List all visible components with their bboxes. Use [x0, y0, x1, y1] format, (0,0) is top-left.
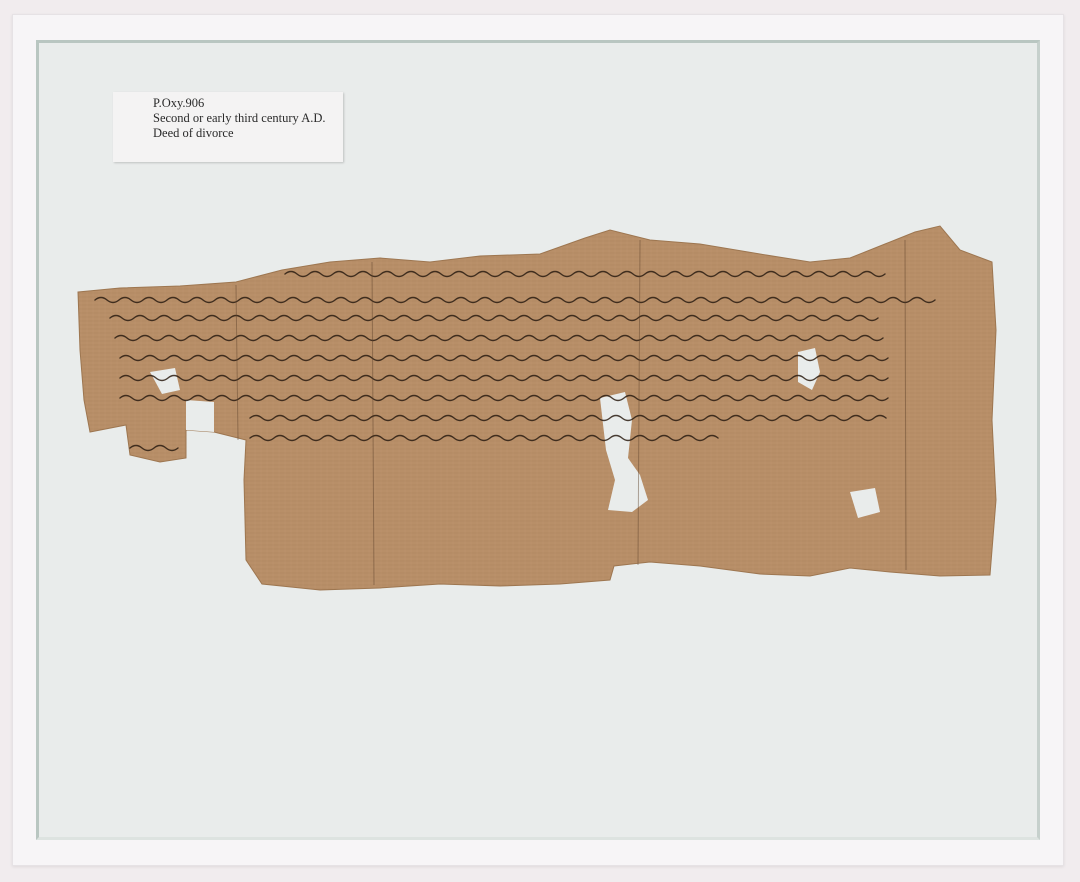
- papyrus-fragment: [0, 0, 1080, 882]
- papyrus-sheet: [78, 226, 996, 590]
